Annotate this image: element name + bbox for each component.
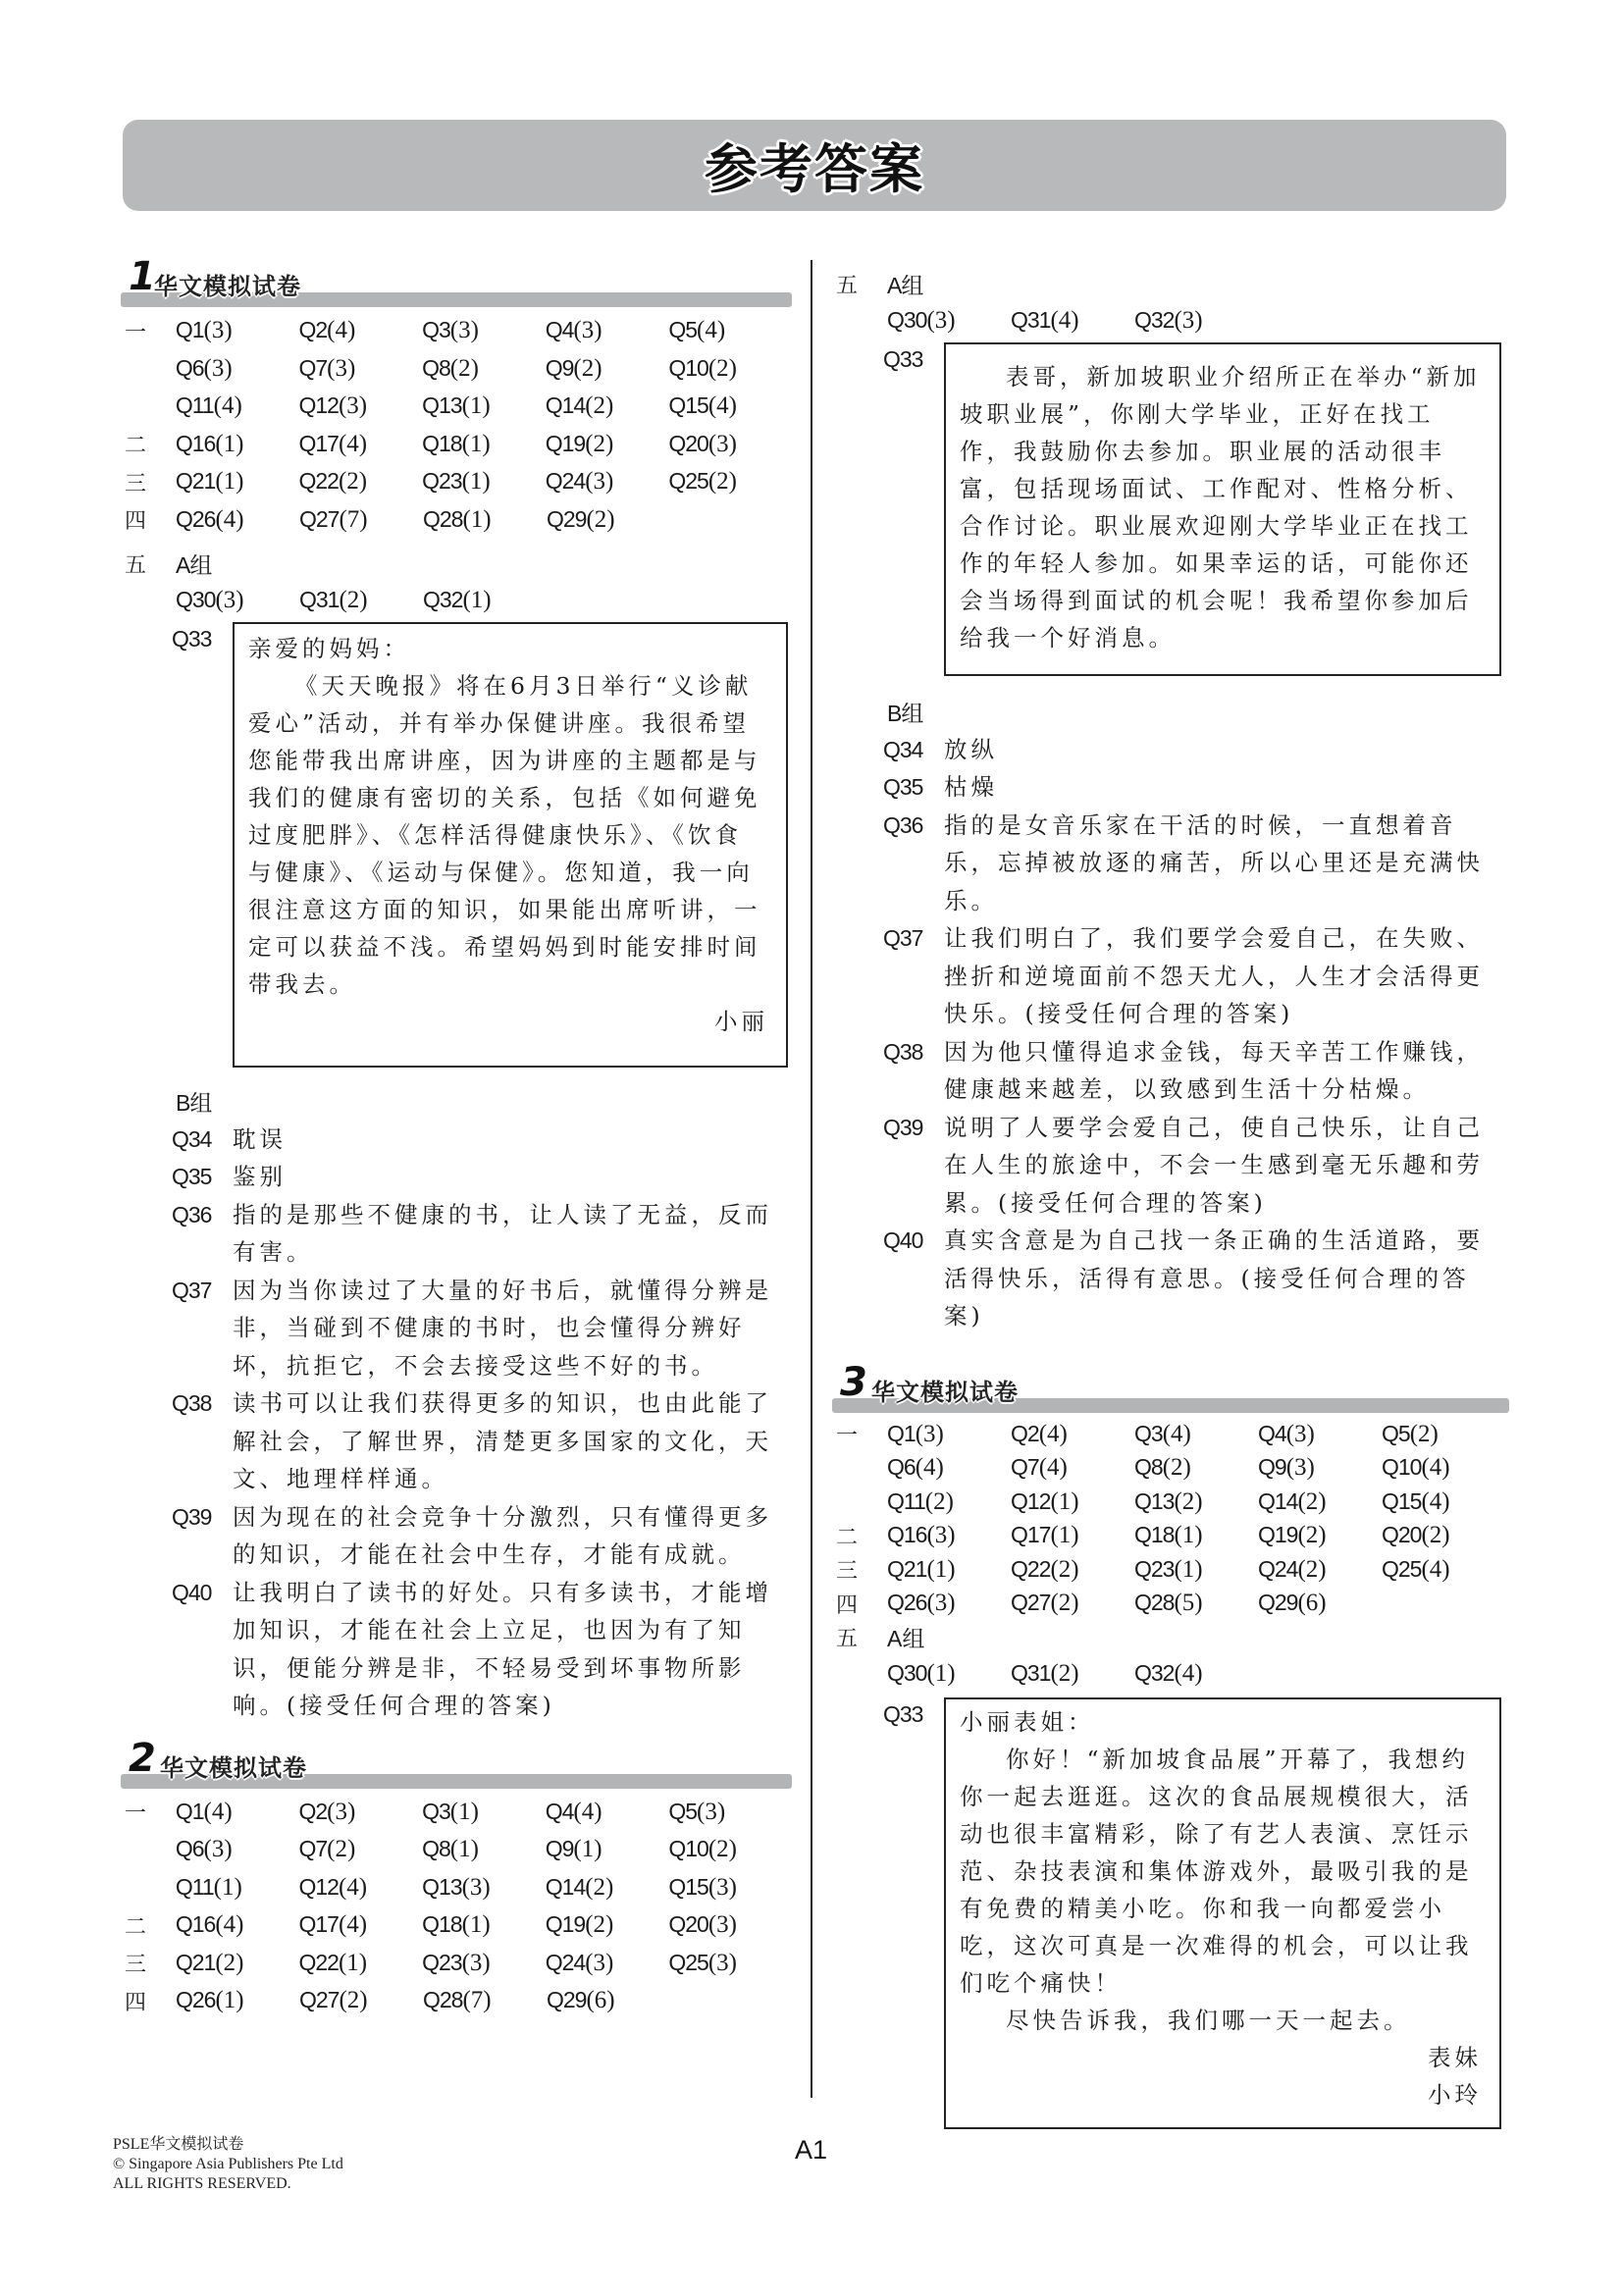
mcq-answer: Q24(3) — [546, 468, 669, 496]
mcq-row: 三 Q21(1) Q22(2) Q23(1) Q24(3) Q25(2) — [121, 463, 792, 501]
question-label: Q33 — [121, 622, 233, 1068]
short-answer: Q39因为现在的社会竞争十分激烈，只有懂得更多的知识，才能在社会中生存，才能有成… — [121, 1498, 792, 1574]
mcq-answer: Q9(2) — [546, 355, 669, 383]
mcq-answer: Q19(2) — [1258, 1522, 1382, 1549]
mcq-answer: Q8(2) — [1134, 1454, 1258, 1482]
mcq-answer: Q19(2) — [546, 431, 669, 458]
short-answer: Q36指的是那些不健康的书，让人读了无益，反而有害。 — [121, 1196, 792, 1272]
letter-signature: 表妹 — [960, 2039, 1482, 2076]
title-banner: 参考答案 — [123, 120, 1506, 211]
footer-publisher: © Singapore Asia Publishers Pte Ltd — [113, 2155, 343, 2174]
page-number: A1 — [795, 2135, 827, 2166]
mcq-answer: Q11(4) — [176, 392, 299, 420]
mcq-answer: Q20(2) — [1382, 1522, 1505, 1549]
paper-2-mcq: 一 Q1(4) Q2(3) Q3(1) Q4(4) Q5(3) Q6(3) Q7… — [121, 1794, 792, 2020]
mcq-answer: Q5(3) — [668, 1799, 792, 1826]
group-a-label: A组 — [887, 268, 922, 300]
mcq-answer: Q29(6) — [547, 1987, 670, 2014]
mcq-answer: Q28(7) — [423, 1987, 547, 2014]
mcq-answer: Q26(1) — [176, 1987, 299, 2014]
mcq-answer: Q27(7) — [299, 506, 423, 534]
letter-box: 亲爱的妈妈： 《天天晚报》将在6月3日举行“义诊献爱心”活动，并有举办保健讲座。… — [233, 622, 788, 1068]
mcq-answer: Q21(2) — [176, 1950, 299, 1977]
mcq-answer: Q10(2) — [668, 1836, 792, 1863]
mcq-answer: Q23(3) — [422, 1950, 546, 1977]
mcq-row: 一 Q1(3) Q2(4) Q3(3) Q4(3) Q5(4) — [121, 312, 792, 350]
mcq-answer: Q18(1) — [422, 431, 546, 458]
mcq-answer: Q25(3) — [668, 1950, 792, 1977]
mcq-answer: Q31(2) — [1011, 1660, 1134, 1688]
group-b-header: B组 — [832, 694, 1509, 731]
mcq-answer: Q4(3) — [546, 317, 669, 344]
part-label: 一 — [121, 316, 176, 346]
part-label: 五 — [832, 269, 887, 299]
mcq-answer: Q28(5) — [1134, 1590, 1258, 1617]
short-answer: Q39说明了人要学会爱自己，使自己快乐，让自己在人生的旅途中，不会一生感到毫无乐… — [832, 1109, 1509, 1223]
group-b-answers: Q34放纵 Q35枯燥 Q36指的是女音乐家在干活的时候，一直想着音乐，忘掉被放… — [832, 731, 1509, 1335]
column-divider — [811, 260, 812, 2098]
paper-number: 1 — [129, 257, 156, 296]
mcq-answer: Q2(3) — [298, 1799, 422, 1826]
mcq-answer: Q14(2) — [546, 1874, 669, 1902]
mcq-row: 二 Q16(3) Q17(1) Q18(1) Q19(2) Q20(2) — [832, 1519, 1509, 1553]
short-answer: Q40真实含意是为自己找一条正确的生活道路，要活得快乐，活得有意思。(接受任何合… — [832, 1222, 1509, 1335]
q33-answer: Q33 小丽表姐： 你好！“新加坡食品展”开幕了，我想约你一起去逛逛。这次的食品… — [832, 1697, 1509, 2129]
q33-answer: Q33 表哥，新加坡职业介绍所正在举办“新加坡职业展”，你刚大学毕业，正好在找工… — [832, 342, 1509, 676]
letter-box: 表哥，新加坡职业介绍所正在举办“新加坡职业展”，你刚大学毕业，正好在找工作，我鼓… — [944, 342, 1501, 676]
mcq-answer: Q22(2) — [298, 468, 422, 496]
paper-3-mcq: 一 Q1(3) Q2(4) Q3(4) Q4(3) Q5(2) Q6(4) Q7… — [832, 1418, 1509, 1621]
letter-body: 你好！“新加坡食品展”开幕了，我想约你一起去逛逛。这次的食品展规模很大，活动也很… — [960, 1741, 1482, 2002]
left-column: 1 华文模拟试卷 一 Q1(3) Q2(4) Q3(3) Q4(3) Q5(4)… — [121, 257, 792, 2020]
mcq-answer: Q17(1) — [1011, 1522, 1134, 1549]
mcq-answer: Q18(1) — [1134, 1522, 1258, 1549]
mcq-answer: Q2(4) — [298, 317, 422, 344]
q33-answer: Q33 亲爱的妈妈： 《天天晚报》将在6月3日举行“义诊献爱心”活动，并有举办保… — [121, 622, 792, 1068]
mcq-answer: Q16(4) — [176, 1911, 299, 1939]
mcq-answer: Q28(1) — [423, 506, 547, 534]
page-title: 参考答案 — [705, 128, 924, 203]
mcq-answer: Q5(4) — [668, 317, 792, 344]
mcq-row: Q11(4) Q12(3) Q13(1) Q14(2) Q15(4) — [121, 388, 792, 426]
footer-book-title: PSLE华文模拟试卷 — [113, 2135, 343, 2155]
part-label: 二 — [121, 429, 176, 459]
paper-label: 华文模拟试卷 — [871, 1373, 1019, 1407]
paper-number: 2 — [129, 1739, 156, 1778]
mcq-answer: Q4(4) — [546, 1799, 669, 1826]
mcq-answer: Q18(1) — [422, 1911, 546, 1939]
short-answer: Q37让我们明白了，我们要学会爱自己，在失败、挫折和逆境面前不怨天尤人，人生才会… — [832, 919, 1509, 1033]
letter-signature: 小玲 — [960, 2076, 1482, 2113]
mcq-answer: Q16(1) — [176, 431, 299, 458]
part-label: 一 — [832, 1419, 887, 1449]
mcq-answer: Q31(4) — [1011, 307, 1134, 335]
group-a-answers: Q30(3) Q31(4) Q32(3) — [832, 302, 1509, 340]
part-label: 五 — [832, 1622, 887, 1652]
mcq-answer: Q11(1) — [176, 1874, 299, 1902]
mcq-row: 三 Q21(2) Q22(1) Q23(3) Q24(3) Q25(3) — [121, 1945, 792, 1983]
paper-1-mcq: 一 Q1(3) Q2(4) Q3(3) Q4(3) Q5(4) Q6(3) Q7… — [121, 312, 792, 539]
mcq-answer: Q13(2) — [1134, 1488, 1258, 1516]
mcq-answer: Q14(2) — [546, 392, 669, 420]
group-a-header: 五 A组 — [832, 265, 1509, 302]
mcq-answer: Q1(3) — [887, 1421, 1011, 1448]
mcq-answer: Q3(3) — [422, 317, 546, 344]
mcq-answer: Q1(3) — [176, 317, 299, 344]
mcq-row: 四 Q26(4) Q27(7) Q28(1) Q29(2) — [121, 501, 792, 540]
mcq-answer: Q22(2) — [1011, 1556, 1134, 1584]
part-label: 三 — [121, 467, 176, 497]
mcq-answer: Q24(2) — [1258, 1556, 1382, 1584]
paper-1-heading: 1 华文模拟试卷 — [121, 257, 792, 306]
mcq-answer: Q14(2) — [1258, 1488, 1382, 1516]
mcq-answer: Q19(2) — [546, 1911, 669, 1939]
mcq-answer: Q20(3) — [668, 431, 792, 458]
mcq-answer: Q6(4) — [887, 1454, 1011, 1482]
mcq-row: 四 Q26(1) Q27(2) Q28(7) Q29(6) — [121, 1982, 792, 2020]
letter-box: 小丽表姐： 你好！“新加坡食品展”开幕了，我想约你一起去逛逛。这次的食品展规模很… — [944, 1697, 1501, 2129]
mcq-answer: Q12(3) — [298, 392, 422, 420]
letter-body: 尽快告诉我，我们哪一天一起去。 — [960, 2002, 1482, 2039]
mcq-answer: Q20(3) — [668, 1911, 792, 1939]
short-answer: Q34放纵 — [832, 731, 1509, 769]
mcq-answer: Q13(1) — [422, 392, 546, 420]
mcq-answer: Q24(3) — [546, 1950, 669, 1977]
mcq-answer: Q27(2) — [1011, 1590, 1134, 1617]
mcq-answer: Q8(2) — [422, 355, 546, 383]
mcq-answer: Q12(4) — [298, 1874, 422, 1902]
mcq-answer: Q10(2) — [668, 355, 792, 383]
letter-salutation: 亲爱的妈妈： — [248, 630, 768, 667]
mcq-answer: Q21(1) — [176, 468, 299, 496]
part-label: 四 — [121, 504, 176, 535]
paper-label: 华文模拟试卷 — [154, 267, 301, 301]
group-b-answers: Q34耽误 Q35鉴别 Q36指的是那些不健康的书，让人读了无益，反而有害。 Q… — [121, 1121, 792, 1725]
part-label: 五 — [121, 548, 176, 579]
mcq-answer: Q31(2) — [299, 587, 423, 614]
paper-number: 3 — [840, 1363, 867, 1402]
mcq-answer: Q22(1) — [298, 1950, 422, 1977]
mcq-answer: Q27(2) — [299, 1987, 423, 2014]
short-answer: Q37因为当你读过了大量的好书后，就懂得分辨是非，当碰到不健康的书时，也会懂得分… — [121, 1272, 792, 1385]
short-answer: Q38因为他只懂得追求金钱，每天辛苦工作赚钱，健康越来越差，以致感到生活十分枯燥… — [832, 1033, 1509, 1109]
mcq-answer: Q29(6) — [1258, 1590, 1382, 1617]
mcq-answer: Q16(3) — [887, 1522, 1011, 1549]
short-answer: Q36指的是女音乐家在干活的时候，一直想着音乐，忘掉被放逐的痛苦，所以心里还是充… — [832, 807, 1509, 920]
mcq-answer: Q23(1) — [422, 468, 546, 496]
mcq-answer: Q7(2) — [298, 1836, 422, 1863]
mcq-answer: Q11(2) — [887, 1488, 1011, 1516]
mcq-answer: Q1(4) — [176, 1799, 299, 1826]
group-b-header: B组 — [121, 1083, 792, 1121]
footer-rights: ALL RIGHTS RESERVED. — [113, 2174, 343, 2194]
part-label: 二 — [121, 1910, 176, 1941]
footer-copyright: PSLE华文模拟试卷 © Singapore Asia Publishers P… — [113, 2135, 343, 2194]
mcq-answer: Q15(4) — [1382, 1488, 1505, 1516]
group-a-header: 五 A组 — [832, 1621, 1509, 1655]
question-label: Q33 — [832, 342, 944, 676]
mcq-row: 二 Q16(1) Q17(4) Q18(1) Q19(2) Q20(3) — [121, 426, 792, 464]
group-a-header: 五 A组 — [121, 545, 792, 582]
letter-salutation: 小丽表姐： — [960, 1703, 1482, 1741]
mcq-row: 四 Q26(3) Q27(2) Q28(5) Q29(6) — [832, 1587, 1509, 1621]
mcq-row: 一 Q1(4) Q2(3) Q3(1) Q4(4) Q5(3) — [121, 1794, 792, 1832]
mcq-answer: Q10(4) — [1382, 1454, 1505, 1482]
mcq-answer: Q32(1) — [423, 587, 547, 614]
group-a-answers: Q30(1) Q31(2) Q32(4) — [832, 1654, 1509, 1694]
letter-body: 《天天晚报》将在6月3日举行“义诊献爱心”活动，并有举办保健讲座。我很希望您能带… — [248, 667, 768, 1003]
group-a-answers: Q30(3) Q31(2) Q32(1) — [121, 582, 792, 620]
short-answer: Q40让我明白了读书的好处。只有多读书，才能增加知识，才能在社会上立足，也因为有… — [121, 1574, 792, 1725]
mcq-answer: Q3(4) — [1134, 1421, 1258, 1448]
short-answer: Q35枯燥 — [832, 768, 1509, 807]
mcq-row: Q11(1) Q12(4) Q13(3) Q14(2) Q15(3) — [121, 1869, 792, 1907]
mcq-answer: Q15(3) — [668, 1874, 792, 1902]
mcq-answer: Q21(1) — [887, 1556, 1011, 1584]
mcq-answer: Q29(2) — [547, 506, 670, 534]
mcq-answer: Q30(3) — [887, 307, 1011, 335]
paper-2-heading: 2 华文模拟试卷 — [121, 1739, 792, 1788]
mcq-answer: Q12(1) — [1011, 1488, 1134, 1516]
mcq-answer: Q30(1) — [887, 1660, 1011, 1688]
mcq-row: 三 Q21(1) Q22(2) Q23(1) Q24(2) Q25(4) — [832, 1553, 1509, 1588]
mcq-row: 一 Q1(3) Q2(4) Q3(4) Q4(3) Q5(2) — [832, 1418, 1509, 1452]
mcq-answer: Q7(4) — [1011, 1454, 1134, 1482]
part-label: 一 — [121, 1797, 176, 1827]
paper-3-heading: 3 华文模拟试卷 — [832, 1363, 1509, 1412]
mcq-answer: Q25(4) — [1382, 1556, 1505, 1584]
question-label: Q33 — [832, 1697, 944, 2129]
group-b-label: B组 — [887, 696, 922, 728]
mcq-answer: Q32(3) — [1134, 307, 1258, 335]
mcq-row: 二 Q16(4) Q17(4) Q18(1) Q19(2) Q20(3) — [121, 1906, 792, 1945]
part-label: 三 — [832, 1554, 887, 1585]
mcq-answer: Q26(4) — [176, 506, 299, 534]
mcq-answer: Q9(3) — [1258, 1454, 1382, 1482]
paper-label: 华文模拟试卷 — [160, 1748, 307, 1783]
letter-body: 表哥，新加坡职业介绍所正在举办“新加坡职业展”，你刚大学毕业，正好在找工作，我鼓… — [960, 358, 1482, 656]
mcq-answer: Q9(1) — [546, 1836, 669, 1863]
right-column: 五 A组 Q30(3) Q31(4) Q32(3) Q33 表哥，新加坡职业介绍… — [832, 257, 1509, 2129]
part-label: 四 — [832, 1589, 887, 1619]
part-label: 二 — [832, 1521, 887, 1551]
mcq-answer: Q13(3) — [422, 1874, 546, 1902]
mcq-answer: Q6(3) — [176, 1836, 299, 1863]
mcq-row: Q6(4) Q7(4) Q8(2) Q9(3) Q10(4) — [832, 1451, 1509, 1486]
short-answer: Q35鉴别 — [121, 1158, 792, 1196]
group-a-label: A组 — [887, 1621, 924, 1653]
mcq-answer: Q32(4) — [1134, 1660, 1258, 1688]
group-b-label: B组 — [176, 1085, 211, 1118]
group-a-label: A组 — [176, 548, 211, 580]
mcq-answer: Q7(3) — [298, 355, 422, 383]
mcq-row: Q6(3) Q7(3) Q8(2) Q9(2) Q10(2) — [121, 350, 792, 389]
mcq-row: Q11(2) Q12(1) Q13(2) Q14(2) Q15(4) — [832, 1486, 1509, 1520]
mcq-answer: Q2(4) — [1011, 1421, 1134, 1448]
part-label: 三 — [121, 1948, 176, 1978]
mcq-answer: Q17(4) — [298, 431, 422, 458]
mcq-answer: Q15(4) — [668, 392, 792, 420]
mcq-answer: Q17(4) — [298, 1911, 422, 1939]
mcq-answer: Q6(3) — [176, 355, 299, 383]
letter-signature: 小丽 — [248, 1003, 768, 1040]
mcq-answer: Q4(3) — [1258, 1421, 1382, 1448]
mcq-answer: Q30(3) — [176, 587, 299, 614]
short-answer: Q34耽误 — [121, 1121, 792, 1159]
short-answer: Q38读书可以让我们获得更多的知识，也由此能了解社会，了解世界，清楚更多国家的文… — [121, 1384, 792, 1498]
mcq-answer: Q26(3) — [887, 1590, 1011, 1617]
mcq-answer: Q8(1) — [422, 1836, 546, 1863]
mcq-answer: Q25(2) — [668, 468, 792, 496]
mcq-row: Q6(3) Q7(2) Q8(1) Q9(1) Q10(2) — [121, 1831, 792, 1869]
mcq-answer: Q5(2) — [1382, 1421, 1505, 1448]
part-label: 四 — [121, 1986, 176, 2016]
mcq-answer: Q3(1) — [422, 1799, 546, 1826]
mcq-answer: Q23(1) — [1134, 1556, 1258, 1584]
